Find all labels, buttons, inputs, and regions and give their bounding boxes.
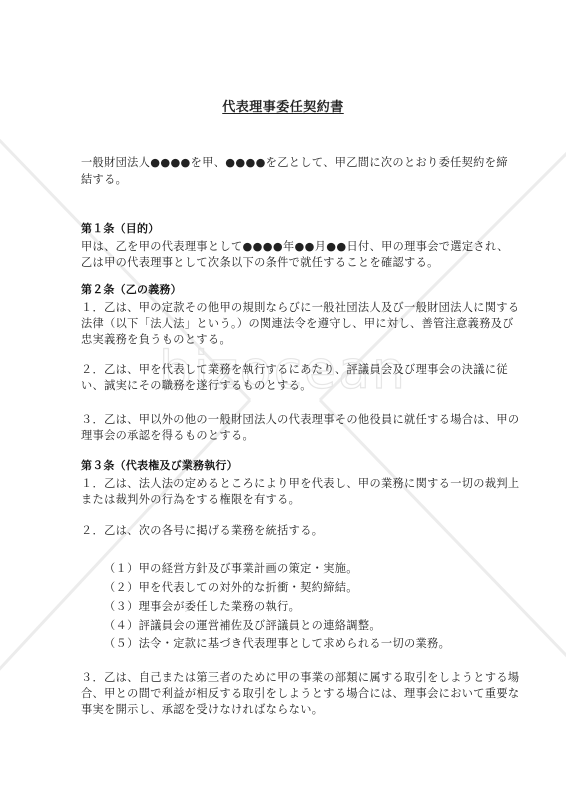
article-1-text-line: 乙は甲の代表理事として次条以下の条件で就任することを確認する。 [81, 255, 439, 271]
article-3-para-3-line: ３．乙は、自己または第三者のために甲の事業の部類に属する取引をしようとする場 [81, 670, 519, 686]
article-2-para-3-line: 理事会の承認を得るものとする。 [81, 428, 254, 444]
article-3-para-3-line: 合、甲との間で利益が相反する取引をしようとする場合には、理事会において重要な [81, 686, 519, 702]
article-2-para-1-line: １．乙は、甲の定款その他甲の規則ならびに一般社団法人及び一般財団法人に関する [81, 300, 519, 316]
article-2-heading: 第２条（乙の義務） [81, 282, 182, 298]
title-text: 代表理事委任契約書 [222, 100, 344, 115]
list-item: （３）理事会が委任した業務の執行。 [104, 599, 300, 615]
article-3-para-2-line: ２．乙は、次の各号に掲げる業務を統括する。 [81, 523, 323, 539]
article-2-para-3-line: ３．乙は、甲以外の他の一般財団法人の代表理事その他役員に就任する場合は、甲の [81, 412, 519, 428]
article-1-heading: 第１条（目的） [81, 221, 159, 237]
article-3-heading: 第３条（代表権及び業務執行） [81, 458, 238, 474]
list-item: （２）甲を代表しての対外的な折衝・契約締結。 [104, 580, 358, 596]
intro-line-1: 一般財団法人●●●●を甲、●●●●を乙として、甲乙間に次のとおり委任契約を締 [81, 155, 508, 171]
article-2-para-2-line: ２．乙は、甲を代表して業務を執行するにあたり、評議員会及び理事会の決議に従 [81, 362, 508, 378]
article-2-para-1-line: 法律（以下「法人法」という。）の関連法令を遵守し、甲に対し、善管注意義務及び [81, 316, 514, 332]
article-1-text-line: 甲は、乙を甲の代表理事として●●●●年●●月●●日付、甲の理事会で選定され、 [81, 239, 509, 255]
document-title: 代表理事委任契約書 [0, 99, 566, 117]
list-item: （４）評議員会の運営補佐及び評議員との連絡調整。 [104, 618, 381, 634]
article-3-para-1-line: １．乙は、法人法の定めるところにより甲を代表し、甲の業務に関する一切の裁判上 [81, 476, 519, 492]
list-item: （５）法令・定款に基づき代表理事として求められる一切の業務。 [104, 636, 450, 652]
list-item: （１）甲の経営方針及び事業計画の策定・実施。 [104, 561, 358, 577]
article-3-para-1-line: または裁判外の行為をする権限を有する。 [81, 492, 300, 508]
intro-line-2: 結する。 [81, 172, 127, 188]
article-2-para-1-line: 忠実義務を負うものとする。 [81, 332, 231, 348]
article-2-para-2-line: い、誠実にその職務を遂行するものとする。 [81, 378, 312, 394]
document-page: bizocean 代表理事委任契約書 一般財団法人●●●●を甲、●●●●を乙とし… [0, 0, 566, 800]
article-3-para-3-line: 事実を開示し、承認を受けなければならない。 [81, 702, 323, 718]
